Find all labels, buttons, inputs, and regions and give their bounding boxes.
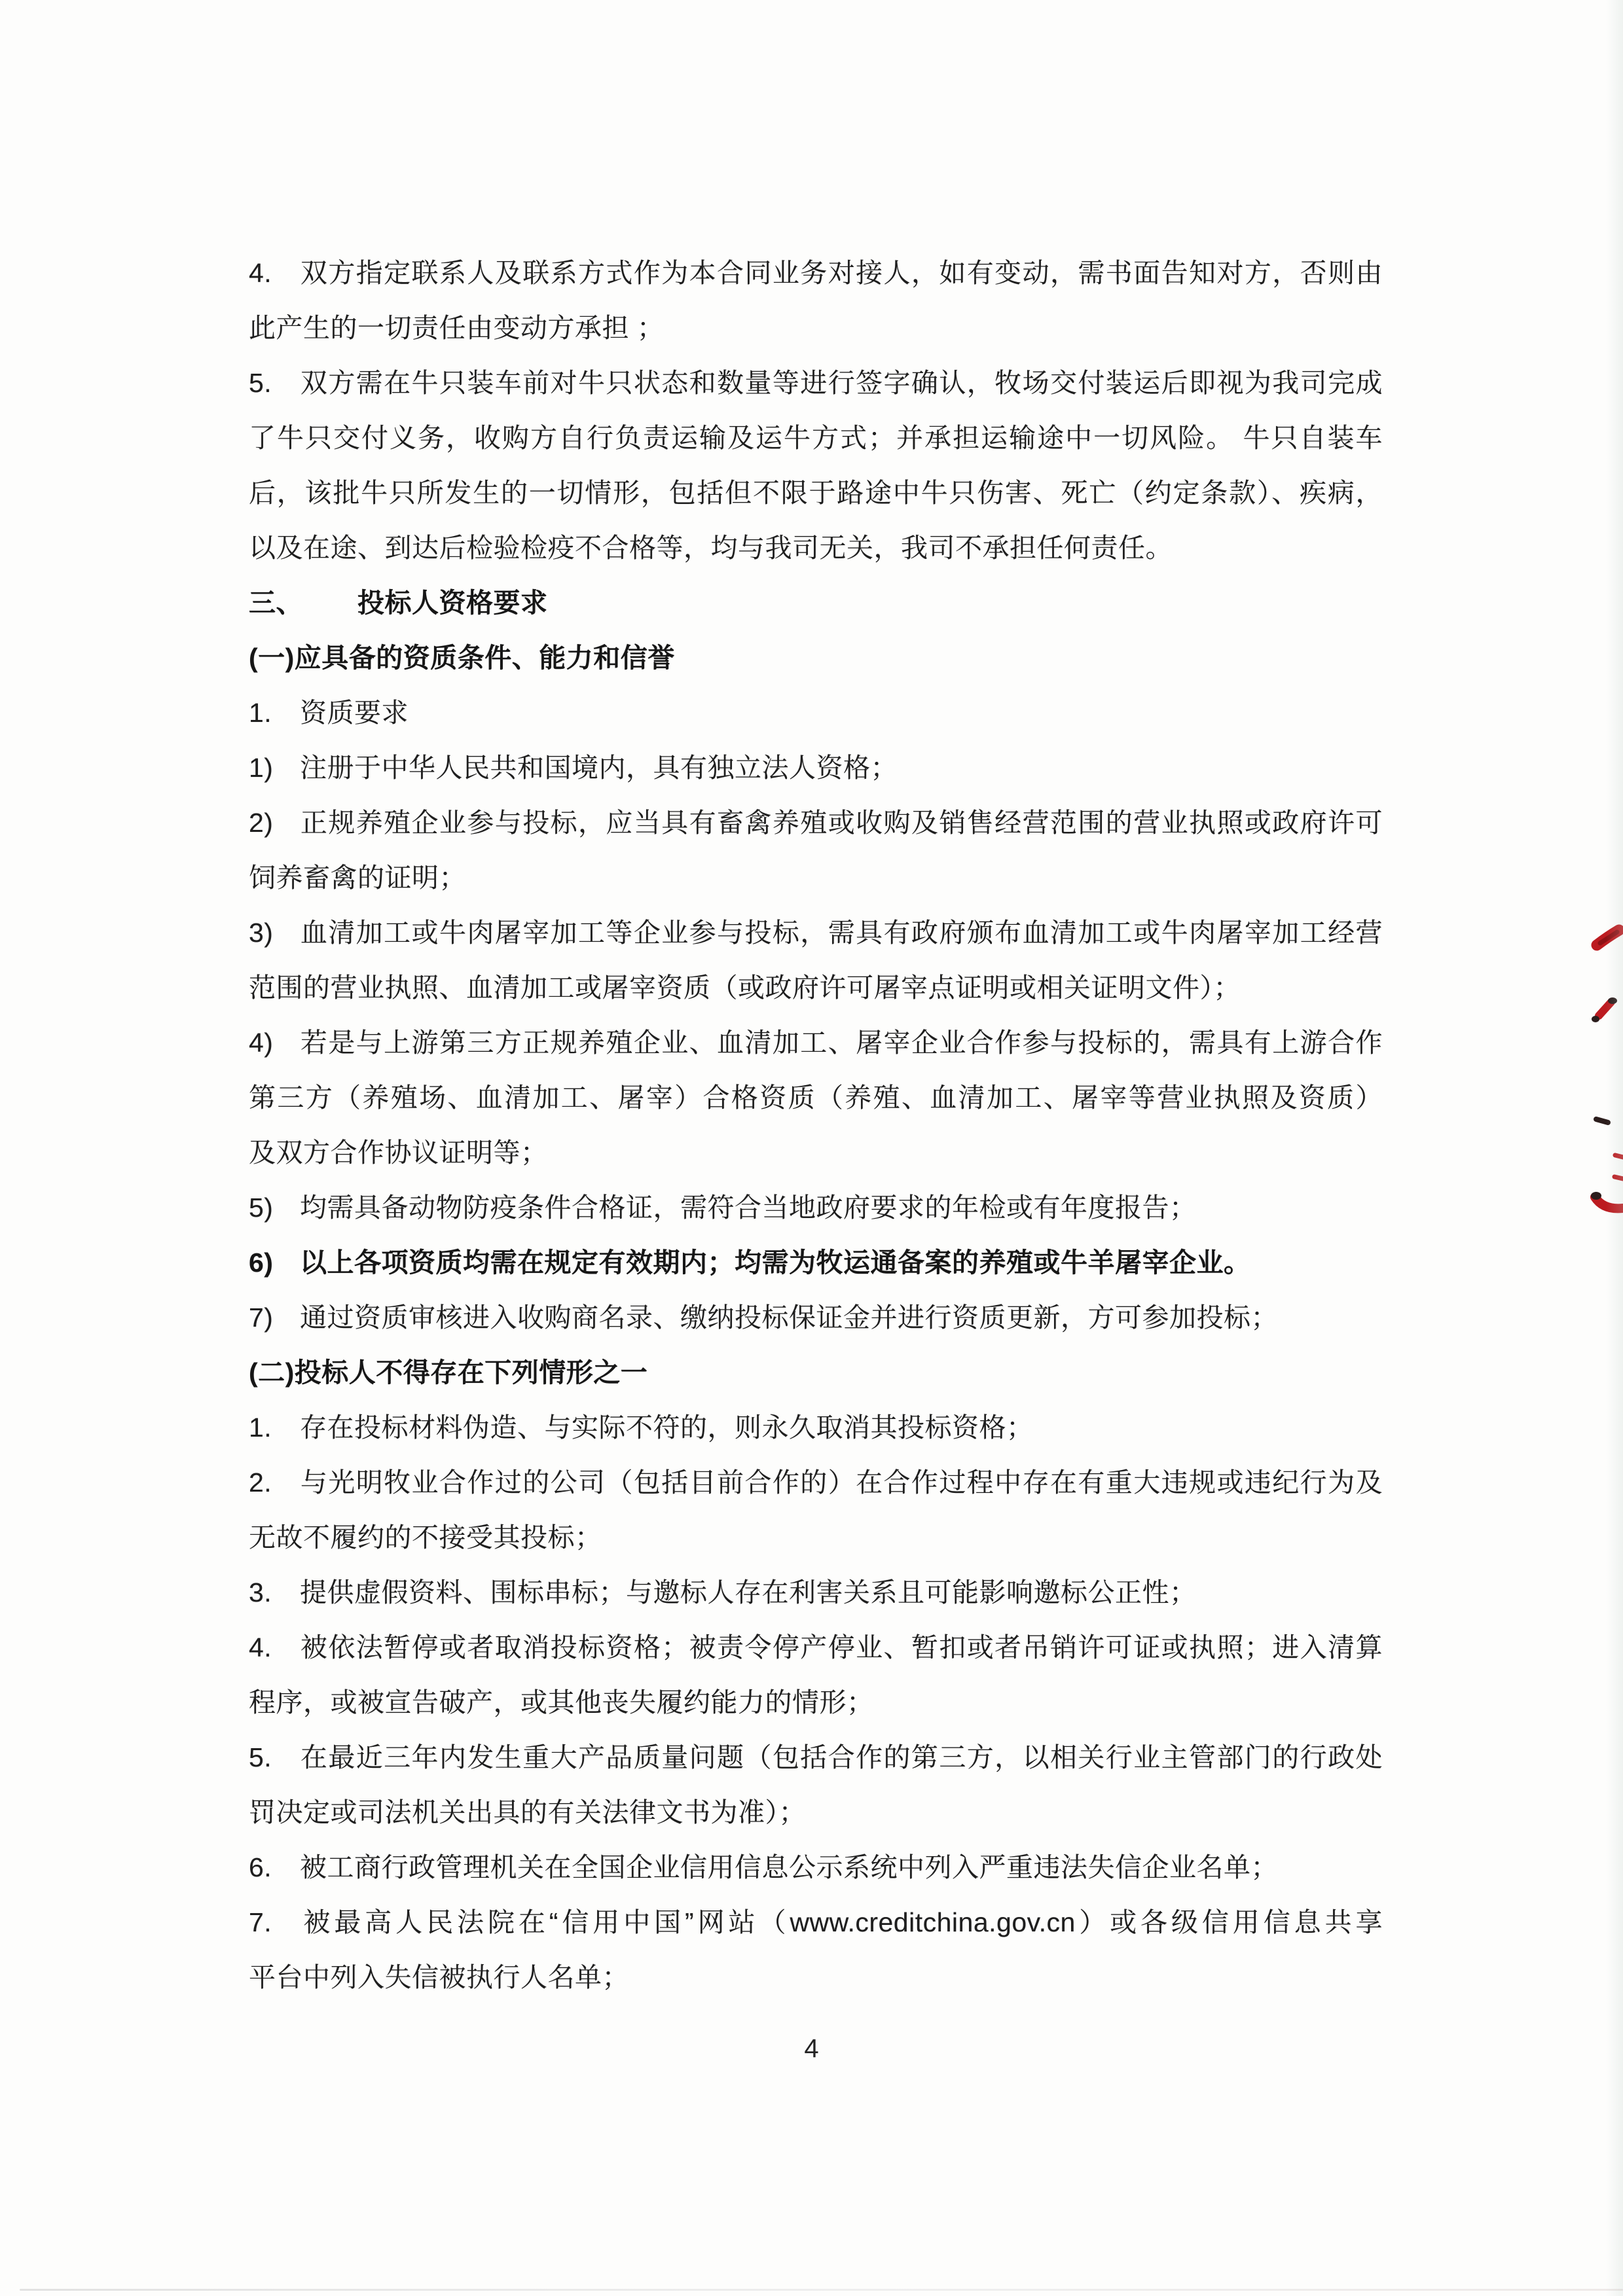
line-text: 第三方（养殖场、血清加工、屠宰）合格资质（养殖、血清加工、屠宰等营业执照及资质） xyxy=(249,1083,1383,1113)
line-text: 此产生的一切责任由变动方承担 ； xyxy=(249,313,664,343)
list-marker: 5. xyxy=(249,1730,300,1785)
line-text: 资质要求 xyxy=(300,698,409,728)
line-text: 无故不履约的不接受其投标； xyxy=(249,1522,602,1552)
list-marker: 4. xyxy=(249,1620,300,1675)
text-line: 3.提供虚假资料、围标串标；与邀标人存在利害关系且可能影响邀标公正性； xyxy=(249,1565,1383,1620)
line-text: 血清加工或牛肉屠宰加工等企业参与投标，需具有政府颁布血清加工或牛肉屠宰加工经营 xyxy=(300,918,1383,948)
text-line: 5.在最近三年内发生重大产品质量问题（包括合作的第三方，以相关行业主管部门的行政… xyxy=(249,1730,1383,1785)
text-line: 饲养畜禽的证明； xyxy=(249,850,1383,905)
black-pen-dot xyxy=(1592,1016,1599,1022)
list-marker: 7. xyxy=(249,1895,300,1950)
text-line: 1.存在投标材料伪造、与实际不符的，则永久取消其投标资格； xyxy=(249,1400,1383,1455)
list-marker: 2. xyxy=(249,1455,300,1510)
line-text: 双方需在牛只装车前对牛只状态和数量等进行签字确认，牧场交付装运后即视为我司完成 xyxy=(300,368,1383,398)
line-text: 通过资质审核进入收购商名录、缴纳投标保证金并进行资质更新，方可参加投标； xyxy=(300,1302,1278,1333)
list-marker: 6. xyxy=(249,1840,300,1895)
red-pen-mark-core xyxy=(1600,932,1617,943)
text-line: 以及在途、到达后检验检疫不合格等，均与我司无关，我司不承担任何责任。 xyxy=(249,520,1383,575)
line-text: 投标人资格要求 xyxy=(357,588,548,618)
text-line: 此产生的一切责任由变动方承担 ； xyxy=(249,300,1383,355)
text-line: 了牛只交付义务，收购方自行负责运输及运牛方式；并承担运输途中一切风险。 牛只自装… xyxy=(249,410,1383,465)
line-text: 被工商行政管理机关在全国企业信用信息公示系统中列入严重违法失信企业名单； xyxy=(300,1852,1278,1882)
document-content: 4.双方指定联系人及联系方式作为本合同业务对接人，如有变动，需书面告知对方，否则… xyxy=(249,245,1383,2005)
line-text: 在最近三年内发生重大产品质量问题（包括合作的第三方，以相关行业主管部门的行政处 xyxy=(300,1742,1383,1772)
red-pen-mark xyxy=(1597,930,1619,945)
text-line: 2.与光明牧业合作过的公司（包括目前合作的）在合作过程中存在有重大违规或违纪行为… xyxy=(249,1455,1383,1510)
text-line: 4.被依法暂停或者取消投标资格；被责令停产停业、暂扣或者吊销许可证或执照；进入清… xyxy=(249,1620,1383,1675)
line-text: 被依法暂停或者取消投标资格；被责令停产停业、暂扣或者吊销许可证或执照；进入清算 xyxy=(300,1632,1383,1662)
black-pen-dot xyxy=(1608,997,1617,1004)
text-line: 及双方合作协议证明等； xyxy=(249,1125,1383,1180)
list-marker: 6) xyxy=(249,1235,300,1290)
red-pen-mark xyxy=(1599,1002,1611,1016)
red-pen-mark xyxy=(1614,1177,1623,1179)
text-line: 后，该批牛只所发生的一切情形，包括但不限于路途中牛只伤害、死亡（约定条款）、疾病… xyxy=(249,465,1383,520)
text-line: 5.双方需在牛只装车前对牛只状态和数量等进行签字确认，牧场交付装运后即视为我司完… xyxy=(249,355,1383,410)
line-text: 正规养殖企业参与投标，应当具有畜禽养殖或收购及销售经营范围的营业执照或政府许可 xyxy=(300,808,1383,838)
text-line: 程序，或被宣告破产，或其他丧失履约能力的情形； xyxy=(249,1675,1383,1730)
list-marker: 4) xyxy=(249,1015,300,1070)
scan-edge-right xyxy=(1606,0,1623,2296)
text-line: (二)投标人不得存在下列情形之一 xyxy=(249,1345,1383,1400)
red-pen-mark xyxy=(1595,1197,1623,1208)
line-text: 饲养畜禽的证明； xyxy=(249,863,466,893)
text-line: 1)注册于中华人民共和国境内，具有独立法人资格； xyxy=(249,740,1383,795)
list-marker: 1. xyxy=(249,1400,300,1455)
line-text: 程序，或被宣告破产，或其他丧失履约能力的情形； xyxy=(249,1687,874,1717)
text-line: 4)若是与上游第三方正规养殖企业、血清加工、屠宰企业合作参与投标的，需具有上游合… xyxy=(249,1015,1383,1070)
list-marker: 3. xyxy=(249,1565,300,1620)
text-line: 6.被工商行政管理机关在全国企业信用信息公示系统中列入严重违法失信企业名单； xyxy=(249,1840,1383,1895)
text-line: 1.资质要求 xyxy=(249,685,1383,740)
page-bottom-edge-shadow xyxy=(20,2289,1623,2291)
line-text: 与光明牧业合作过的公司（包括目前合作的）在合作过程中存在有重大违规或违纪行为及 xyxy=(300,1467,1383,1498)
text-line: 2)正规养殖企业参与投标，应当具有畜禽养殖或收购及销售经营范围的营业执照或政府许… xyxy=(249,795,1383,850)
page-number: 4 xyxy=(0,2034,1623,2064)
list-marker: 2) xyxy=(249,795,300,850)
list-marker: 三、 xyxy=(249,575,357,630)
text-line: 第三方（养殖场、血清加工、屠宰）合格资质（养殖、血清加工、屠宰等营业执照及资质） xyxy=(249,1070,1383,1125)
list-marker: 5) xyxy=(249,1180,300,1235)
text-line: 三、投标人资格要求 xyxy=(249,575,1383,630)
list-marker: 3) xyxy=(249,905,300,960)
line-text: 注册于中华人民共和国境内，具有独立法人资格； xyxy=(300,753,898,783)
list-marker: 5. xyxy=(249,355,300,410)
text-line: 无故不履约的不接受其投标； xyxy=(249,1510,1383,1565)
line-text: 均需具备动物防疫条件合格证，需符合当地政府要求的年检或有年度报告； xyxy=(300,1193,1197,1223)
line-text: 存在投标材料伪造、与实际不符的，则永久取消其投标资格； xyxy=(300,1412,1034,1443)
black-pen-dot xyxy=(1591,1192,1601,1200)
line-text: (一)应具备的资质条件、能力和信誉 xyxy=(249,643,675,673)
line-text: 提供虚假资料、围标串标；与邀标人存在利害关系且可能影响邀标公正性； xyxy=(300,1577,1197,1607)
list-marker: 4. xyxy=(249,245,300,300)
text-line: 6)以上各项资质均需在规定有效期内；均需为牧运通备案的养殖或牛羊屠宰企业。 xyxy=(249,1235,1383,1290)
list-marker: 1. xyxy=(249,685,300,740)
line-text: 后，该批牛只所发生的一切情形，包括但不限于路途中牛只伤害、死亡（约定条款）、疾病… xyxy=(249,478,1383,508)
list-marker: 7) xyxy=(249,1290,300,1345)
line-text: (二)投标人不得存在下列情形之一 xyxy=(249,1357,647,1388)
text-line: 4.双方指定联系人及联系方式作为本合同业务对接人，如有变动，需书面告知对方，否则… xyxy=(249,245,1383,300)
text-line: 3)血清加工或牛肉屠宰加工等企业参与投标，需具有政府颁布血清加工或牛肉屠宰加工经… xyxy=(249,905,1383,960)
list-marker: 1) xyxy=(249,740,300,795)
line-text: 了牛只交付义务，收购方自行负责运输及运牛方式；并承担运输途中一切风险。 牛只自装… xyxy=(249,423,1383,453)
text-line: 罚决定或司法机关出具的有关法律文书为准）； xyxy=(249,1785,1383,1840)
line-text: 以上各项资质均需在规定有效期内；均需为牧运通备案的养殖或牛羊屠宰企业。 xyxy=(300,1247,1251,1278)
line-text: 若是与上游第三方正规养殖企业、血清加工、屠宰企业合作参与投标的，需具有上游合作 xyxy=(300,1028,1383,1058)
text-line: (一)应具备的资质条件、能力和信誉 xyxy=(249,630,1383,685)
text-line: 5)均需具备动物防疫条件合格证，需符合当地政府要求的年检或有年度报告； xyxy=(249,1180,1383,1235)
text-line: 范围的营业执照、血清加工或屠宰资质（或政府许可屠宰点证明或相关证明文件）； xyxy=(249,960,1383,1015)
text-line: 7)通过资质审核进入收购商名录、缴纳投标保证金并进行资质更新，方可参加投标； xyxy=(249,1290,1383,1345)
line-text: 及双方合作协议证明等； xyxy=(249,1138,548,1168)
black-pen-mark xyxy=(1596,1119,1608,1122)
line-text: 以及在途、到达后检验检疫不合格等，均与我司无关，我司不承担任何责任。 xyxy=(249,533,1173,563)
line-text: 被最高人民法院在“信用中国”网站（www.creditchina.gov.cn）… xyxy=(300,1907,1383,1937)
line-text: 双方指定联系人及联系方式作为本合同业务对接人，如有变动，需书面告知对方，否则由 xyxy=(300,258,1383,288)
line-text: 范围的营业执照、血清加工或屠宰资质（或政府许可屠宰点证明或相关证明文件）； xyxy=(249,973,1241,1003)
red-pen-mark xyxy=(1615,1155,1623,1157)
text-line: 平台中列入失信被执行人名单； xyxy=(249,1950,1383,2005)
text-line: 7.被最高人民法院在“信用中国”网站（www.creditchina.gov.c… xyxy=(249,1895,1383,1950)
document-page: 4.双方指定联系人及联系方式作为本合同业务对接人，如有变动，需书面告知对方，否则… xyxy=(0,0,1623,2296)
line-text: 平台中列入失信被执行人名单； xyxy=(249,1962,629,1992)
line-text: 罚决定或司法机关出具的有关法律文书为准）； xyxy=(249,1797,806,1827)
